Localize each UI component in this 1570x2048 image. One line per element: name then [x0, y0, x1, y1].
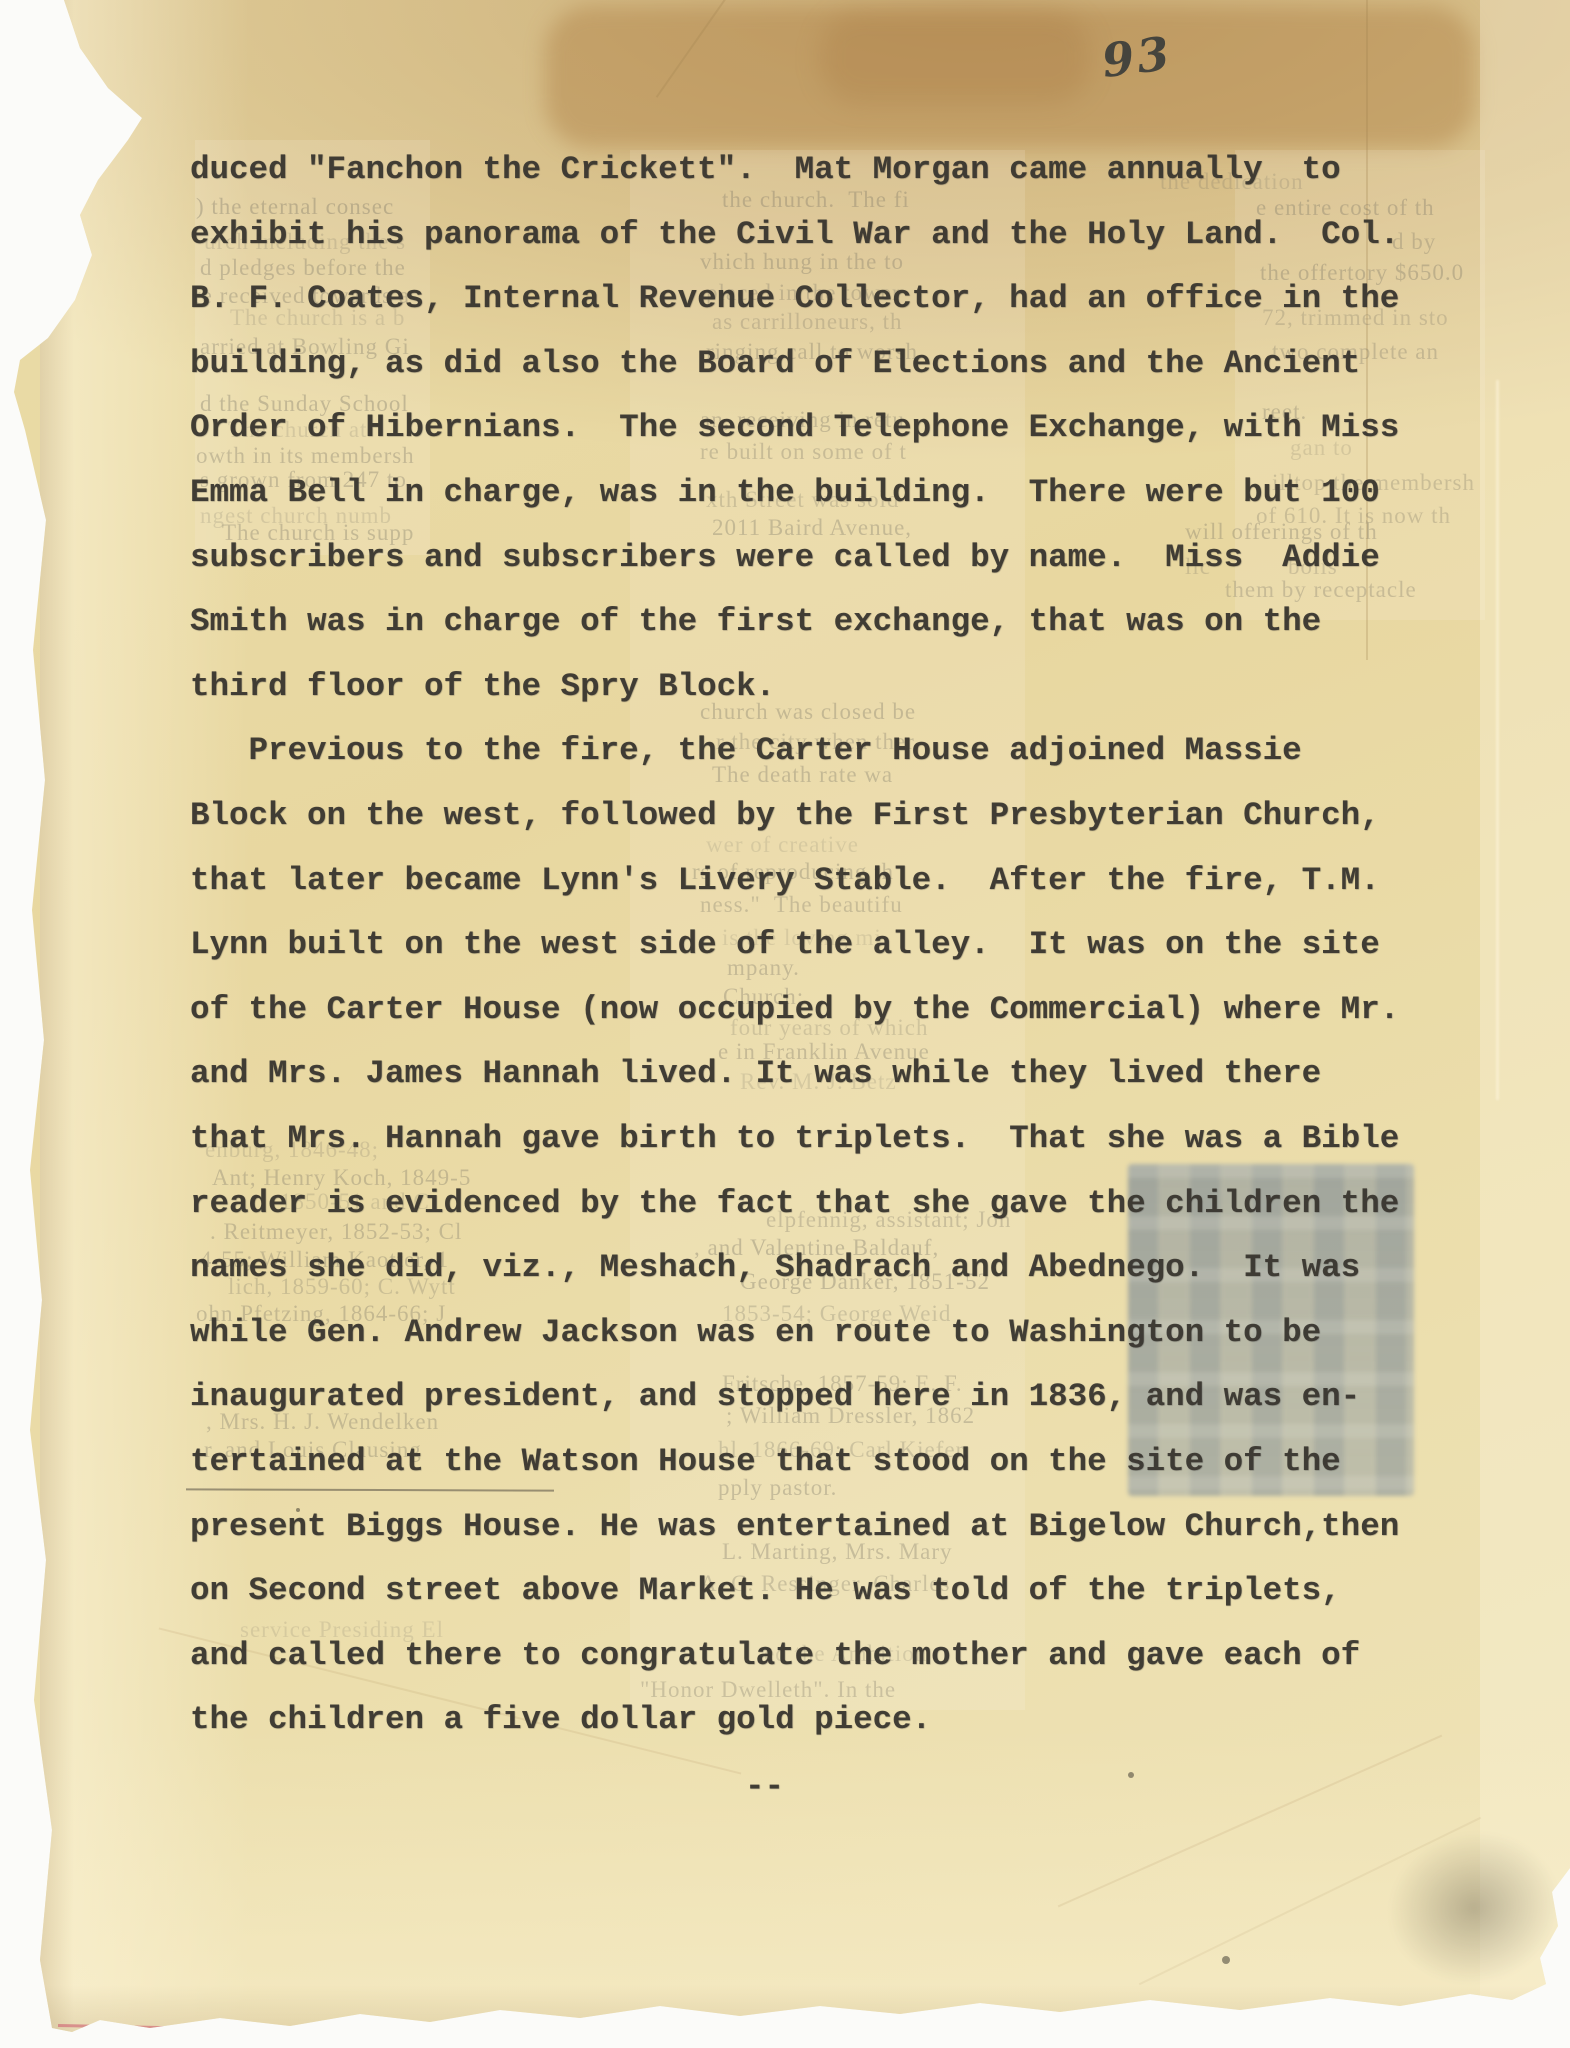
- typed-line: of the Carter House (now occupied by the…: [190, 991, 1399, 1028]
- typed-line: and Mrs. James Hannah lived. It was whil…: [190, 1055, 1321, 1092]
- typed-line: Block on the west, followed by the First…: [190, 797, 1380, 834]
- scanned-document-canvas: ) the eternal consecurch including the s…: [0, 0, 1570, 2048]
- typed-line: that Mrs. Hannah gave birth to triplets.…: [190, 1120, 1399, 1157]
- newsprint-ghost-text: . Reitmeyer, 1852-53; Cl: [210, 1219, 462, 1245]
- newsprint-ghost-text: wer of creative: [706, 832, 859, 858]
- ink-speck-1: [1128, 1772, 1134, 1778]
- typed-line: while Gen. Andrew Jackson was en route t…: [190, 1314, 1321, 1351]
- typed-line: Emma Bell in charge, was in the building…: [190, 474, 1380, 511]
- typed-line: reader is evidenced by the fact that she…: [190, 1185, 1399, 1222]
- typed-line: that later became Lynn's Livery Stable. …: [190, 862, 1380, 899]
- typed-line: names she did, viz., Meshach, Shadrach a…: [190, 1249, 1360, 1286]
- typed-line: third floor of the Spry Block.: [190, 668, 775, 705]
- bottom-edge-shadow: [0, 1985, 1570, 2035]
- ink-speck-2: [1222, 1956, 1230, 1964]
- newsprint-ghost-text: them by receptacle: [1225, 577, 1417, 603]
- newsprint-ghost-text: 2011 Baird Avenue,: [712, 515, 912, 541]
- typed-line: inaugurated president, and stopped here …: [190, 1378, 1360, 1415]
- typed-line: building, as did also the Board of Elect…: [190, 345, 1360, 382]
- typed-line: tertained at the Watson House that stood…: [190, 1443, 1341, 1480]
- typed-line: --: [745, 1768, 784, 1805]
- typed-line: and called there to congratulate the mot…: [190, 1637, 1360, 1674]
- newsprint-ghost-text: owth in its membersh: [196, 443, 415, 469]
- fold-highlight: [1496, 380, 1499, 1100]
- newsprint-ghost-text: the church. The fi: [722, 187, 910, 213]
- typed-line: present Biggs House. He was entertained …: [190, 1508, 1399, 1545]
- typed-line: B. F. Coates, Internal Revenue Collector…: [190, 280, 1399, 317]
- newsprint-ghost-text: "Honor Dwelleth". In the: [640, 1677, 896, 1703]
- newsprint-ghost-text: d pledges before the: [200, 255, 406, 281]
- typed-line: duced "Fanchon the Crickett". Mat Morgan…: [190, 151, 1341, 188]
- typed-line: Order of Hibernians. The second Telephon…: [190, 409, 1399, 446]
- red-edge-mark: [58, 2024, 263, 2031]
- typed-line: the children a five dollar gold piece.: [190, 1701, 931, 1738]
- adhesive-tape-stain-dark: [820, 12, 1090, 104]
- page-number: 93: [1099, 26, 1175, 88]
- manuscript-page: ) the eternal consecurch including the s…: [0, 0, 1570, 2048]
- typed-line: Smith was in charge of the first exchang…: [190, 603, 1321, 640]
- typed-line: Previous to the fire, the Carter House a…: [190, 732, 1302, 769]
- typed-line: Lynn built on the west side of the alley…: [190, 926, 1380, 963]
- typed-line: exhibit his panorama of the Civil War an…: [190, 216, 1399, 253]
- left-edge-shadow: [40, 0, 74, 2048]
- ink-speck-3: [296, 1508, 300, 1512]
- typed-line: on Second street above Market. He was to…: [190, 1572, 1341, 1609]
- typed-line: subscribers and subscribers were called …: [190, 539, 1380, 576]
